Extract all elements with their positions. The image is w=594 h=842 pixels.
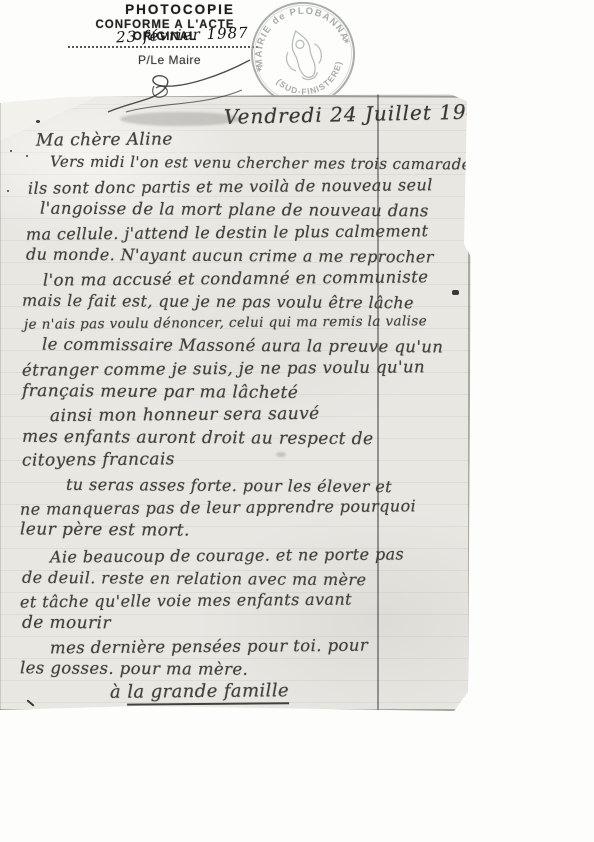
letter-line: citoyens francais xyxy=(22,449,175,470)
smudge xyxy=(276,452,286,457)
letter-line: je n'ais pas voulu dénoncer, celui qui m… xyxy=(24,313,427,333)
letter-line: étranger comme je suis, je ne pas voulu … xyxy=(22,357,425,380)
letter-paper: Vendredi 24 Juillet 1942 Ma chère Aline … xyxy=(0,94,473,714)
closing-underlined: la grande famille xyxy=(127,680,289,705)
ink-speck xyxy=(7,190,9,192)
mayor-signature xyxy=(92,56,267,118)
letter-line: ils sont donc partis et me voilà de nouv… xyxy=(28,175,433,198)
letter-line: mes enfants auront droit au respect de xyxy=(22,427,374,449)
letter-line: Aie beaucoup de courage. et ne porte pas xyxy=(50,544,404,566)
paper-edge-left xyxy=(0,94,1,714)
letter-line: les gosses. pour ma mère. xyxy=(20,658,248,679)
letter-line: Vers midi l'on est venu chercher mes tro… xyxy=(50,153,479,174)
ink-speck xyxy=(10,150,12,152)
letter-line: tu seras asses forte. pour les élever et xyxy=(66,475,392,496)
letter-line: français meure par ma lâcheté xyxy=(22,381,298,403)
letter-line: du monde. N'ayant aucun crime a me repro… xyxy=(26,245,434,267)
paper-edge-bottom xyxy=(0,709,473,711)
letter-line: de deuil. reste en relation avec ma mère xyxy=(22,568,367,589)
letter-line: Ma chère Aline xyxy=(36,129,173,150)
letter-line: ainsi mon honneur sera sauvé xyxy=(50,404,320,426)
letter-line: l'angoisse de la mort plane de nouveau d… xyxy=(40,199,429,221)
letter-closing: à la grande famille xyxy=(110,680,289,703)
letter-line: et tâche qu'elle voie mes enfants avant xyxy=(20,590,352,612)
ink-speck xyxy=(26,155,28,157)
closing-prefix: à xyxy=(110,682,121,703)
paper-edge-right xyxy=(468,94,470,714)
letter-line: mes dernière pensées pour toi. pour xyxy=(50,636,368,658)
scanned-letter-page: PHOTOCOPIE CONFORME A L'ACTE ORIGINAL 23… xyxy=(0,0,594,842)
letter-line: de mourir xyxy=(22,613,111,634)
letter-line: le commissaire Massoné aura la preuve qu… xyxy=(42,335,443,357)
letter-line: mais le fait est, que je ne pas voulu êt… xyxy=(22,291,414,313)
letter-line: ne manqueras pas de leur apprendre pourq… xyxy=(20,496,416,518)
letter-line: l'on ma accusé et condamné en communiste xyxy=(43,267,429,289)
letter-line: ma cellule. j'attend le destin le plus c… xyxy=(26,221,429,244)
stamp-crest xyxy=(279,26,328,85)
letter-line: leur père est mort. xyxy=(20,519,190,540)
ink-speck xyxy=(26,699,34,706)
ink-speck xyxy=(36,120,40,123)
photocopy-stamp-line1: PHOTOCOPIE xyxy=(118,2,242,17)
ink-speck xyxy=(452,290,459,295)
